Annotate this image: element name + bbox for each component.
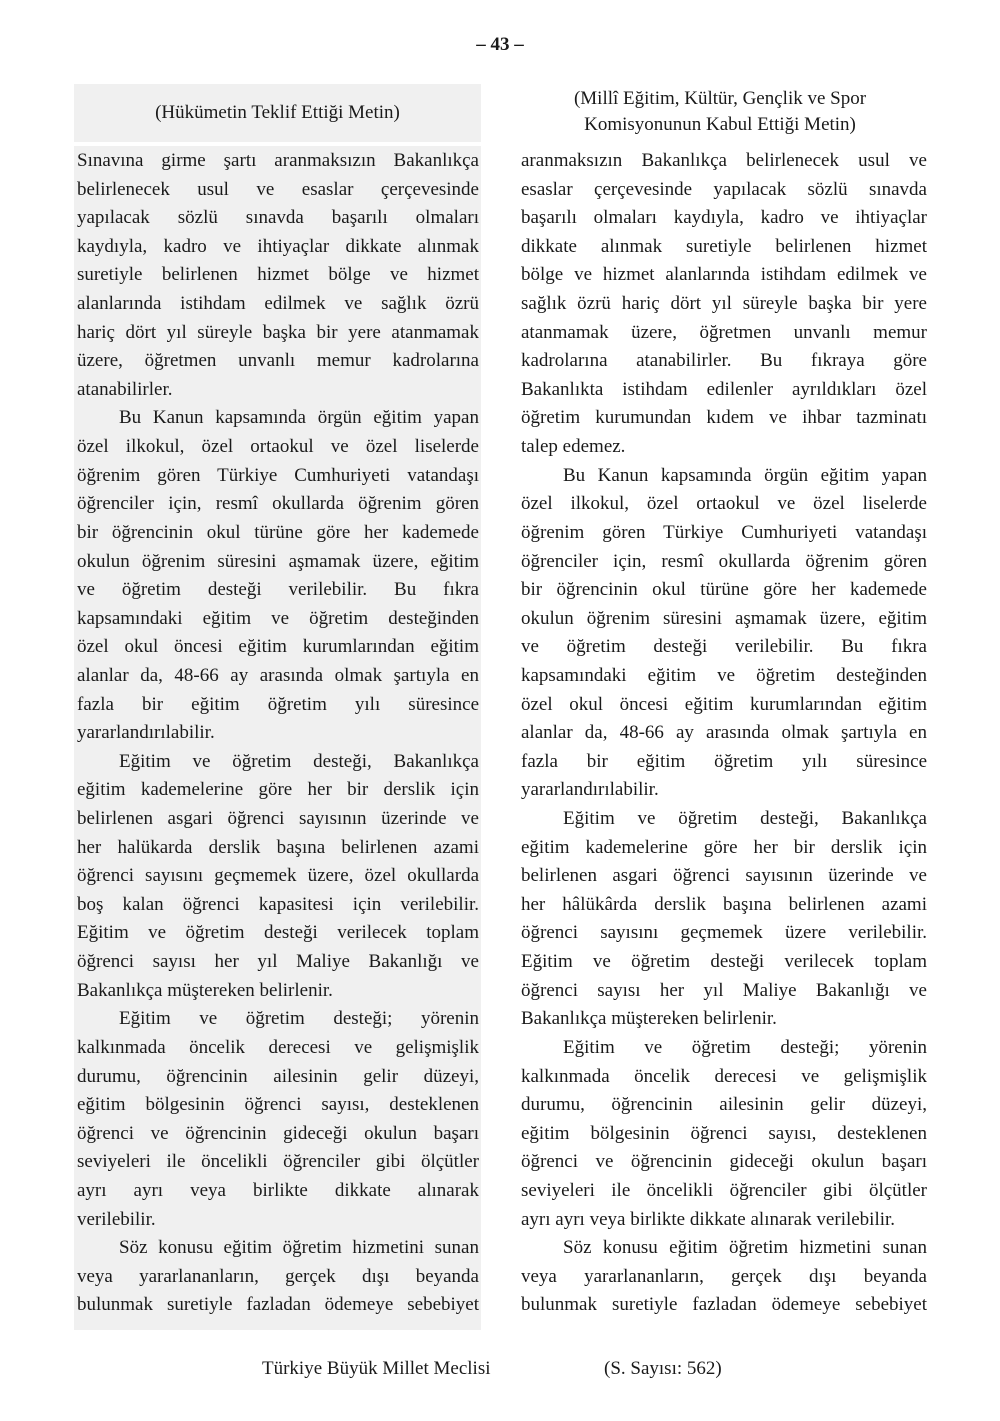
- text-line: öğrenciler için, resmî okullarda öğrenim…: [77, 490, 479, 519]
- text-line: veya yararlananların, gerçek dışı beyand…: [521, 1263, 927, 1292]
- text-line: belirlenecek usul ve esaslar çerçevesind…: [77, 176, 479, 205]
- text-line: özel okul öncesi eğitim kurumlarından eğ…: [521, 691, 927, 720]
- text-line: aranmaksızın Bakanlıkça belirlenecek usu…: [521, 147, 927, 176]
- footer-issue-number: (S. Sayısı: 562): [604, 1358, 722, 1380]
- text-line: esaslar çerçevesinde yapılacak sözlü sın…: [521, 176, 927, 205]
- paragraph: Bu Kanun kapsamında örgün eğitim yapanöz…: [77, 404, 479, 747]
- text-line: öğrenci sayısı her yıl Maliye Bakanlığı …: [521, 977, 927, 1006]
- text-line: öğretim kurumundan kıdem ve ihbar tazmin…: [521, 404, 927, 433]
- text-line: bölge ve hizmet alanlarında istihdam edi…: [521, 261, 927, 290]
- text-line: her halükarda derslik başına belirlenen …: [77, 834, 479, 863]
- text-line: bir öğrencinin okul türüne göre her kade…: [77, 519, 479, 548]
- text-line: eğitim bölgesinin öğrenci sayısı, destek…: [77, 1091, 479, 1120]
- text-line: dikkate alınmak suretiyle belirlenen hiz…: [521, 233, 927, 262]
- paragraph: Eğitim ve öğretim desteği; yöreninkalkın…: [521, 1034, 927, 1234]
- text-line: öğrenciler için, resmî okullarda öğrenim…: [521, 548, 927, 577]
- text-line: veya yararlananların, gerçek dışı beyand…: [77, 1263, 479, 1292]
- right-column-text: aranmaksızın Bakanlıkça belirlenecek usu…: [521, 147, 927, 1320]
- left-column-heading: (Hükümetin Teklif Ettiği Metin): [74, 84, 481, 142]
- text-line: Bakanlıkça müştereken belirlenir.: [521, 1005, 927, 1034]
- text-line: suretiyle belirlenen hizmet bölge ve hiz…: [77, 261, 479, 290]
- paragraph: Eğitim ve öğretim desteği, Bakanlıkçaeği…: [521, 805, 927, 1034]
- text-line: kaydıyla, kadro ve ihtiyaçlar dikkate al…: [77, 233, 479, 262]
- text-line: Eğitim ve öğretim desteği, Bakanlıkça: [77, 748, 479, 777]
- text-line: seviyeleri ile öncelikli öğrenciler gibi…: [77, 1148, 479, 1177]
- text-line: her hâlükârda derslik başına belirlenen …: [521, 891, 927, 920]
- text-line: hariç dört yıl süreyle başka bir yere at…: [77, 319, 479, 348]
- text-line: ayrı ayrı veya birlikte dikkate alınarak: [77, 1177, 479, 1206]
- paragraph: aranmaksızın Bakanlıkça belirlenecek usu…: [521, 147, 927, 462]
- text-line: öğrenci sayısını geçmemek üzere, özel ok…: [77, 862, 479, 891]
- text-line: fazla bir eğitim öğretim yılı süresince: [77, 691, 479, 720]
- paragraph: Söz konusu eğitim öğretim hizmetini suna…: [521, 1234, 927, 1320]
- left-heading-text: (Hükümetin Teklif Ettiği Metin): [155, 102, 400, 124]
- paragraph: Eğitim ve öğretim desteği; yöreninkalkın…: [77, 1005, 479, 1234]
- text-line: özel okul öncesi eğitim kurumlarından eğ…: [77, 633, 479, 662]
- text-line: Söz konusu eğitim öğretim hizmetini suna…: [521, 1234, 927, 1263]
- text-line: özel ilkokul, özel ortaokul ve özel lise…: [77, 433, 479, 462]
- text-line: alanlar da, 48-66 ay arasında olmak şart…: [521, 719, 927, 748]
- text-line: eğitim kademelerine göre her bir derslik…: [521, 834, 927, 863]
- text-line: Bu Kanun kapsamında örgün eğitim yapan: [521, 462, 927, 491]
- left-column-text: Sınavına girme şartı aranmaksızın Bakanl…: [77, 147, 479, 1320]
- text-line: sağlık özrü hariç dört yıl süreyle başka…: [521, 290, 927, 319]
- text-line: durumu, öğrencinin ailesinin gelir düzey…: [521, 1091, 927, 1120]
- text-line: Eğitim ve öğretim desteği, Bakanlıkça: [521, 805, 927, 834]
- text-line: kalkınmada öncelik derecesi ve gelişmişl…: [521, 1063, 927, 1092]
- text-line: üzere, öğretmen unvanlı memur kadroların…: [77, 347, 479, 376]
- text-line: durumu, öğrencinin ailesinin gelir düzey…: [77, 1063, 479, 1092]
- right-heading-line-1: (Millî Eğitim, Kültür, Gençlik ve Spor: [515, 86, 925, 112]
- text-line: alanlar da, 48-66 ay arasında olmak şart…: [77, 662, 479, 691]
- text-line: kadrolarına atanabilirler. Bu fıkraya gö…: [521, 347, 927, 376]
- text-line: Bakanlıkta istihdam edilenler ayrıldıkla…: [521, 376, 927, 405]
- text-line: Eğitim ve öğretim desteği verilecek topl…: [77, 919, 479, 948]
- right-column-heading: (Millî Eğitim, Kültür, Gençlik ve Spor K…: [515, 86, 925, 142]
- text-line: bulunmak suretiyle fazladan ödemeye sebe…: [521, 1291, 927, 1320]
- footer-institution: Türkiye Büyük Millet Meclisi: [262, 1358, 491, 1380]
- text-line: özel ilkokul, özel ortaokul ve özel lise…: [521, 490, 927, 519]
- text-line: öğrenci ve öğrencinin gideceği okulun ba…: [77, 1120, 479, 1149]
- text-line: ve öğretim desteği verilebilir. Bu fıkra: [521, 633, 927, 662]
- text-line: öğrenci sayısı her yıl Maliye Bakanlığı …: [77, 948, 479, 977]
- text-line: seviyeleri ile öncelikli öğrenciler gibi…: [521, 1177, 927, 1206]
- text-line: atanmamak üzere, öğretmen unvanlı memur: [521, 319, 927, 348]
- text-line: talep edemez.: [521, 433, 927, 462]
- text-line: kalkınmada öncelik derecesi ve gelişmişl…: [77, 1034, 479, 1063]
- paragraph: Bu Kanun kapsamında örgün eğitim yapanöz…: [521, 462, 927, 805]
- text-line: Söz konusu eğitim öğretim hizmetini suna…: [77, 1234, 479, 1263]
- text-line: bir öğrencinin okul türüne göre her kade…: [521, 576, 927, 605]
- text-line: Bakanlıkça müştereken belirlenir.: [77, 977, 479, 1006]
- text-line: bulunmak suretiyle fazladan ödemeye sebe…: [77, 1291, 479, 1320]
- text-line: eğitim kademelerine göre her bir derslik…: [77, 776, 479, 805]
- text-line: boş kalan öğrenci kapasitesi için verile…: [77, 891, 479, 920]
- text-line: Eğitim ve öğretim desteği verilecek topl…: [521, 948, 927, 977]
- text-line: yararlandırılabilir.: [521, 776, 927, 805]
- text-line: yapılacak sözlü sınavda başarılı olmalar…: [77, 204, 479, 233]
- right-heading-line-2: Komisyonunun Kabul Ettiği Metin): [515, 112, 925, 138]
- text-line: okulun öğrenim süresini aşmamak üzere, e…: [521, 605, 927, 634]
- text-line: fazla bir eğitim öğretim yılı süresince: [521, 748, 927, 777]
- text-line: belirlenen asgari öğrenci sayısının üzer…: [521, 862, 927, 891]
- text-line: Bu Kanun kapsamında örgün eğitim yapan: [77, 404, 479, 433]
- text-line: Eğitim ve öğretim desteği; yörenin: [77, 1005, 479, 1034]
- text-line: alanlarında istihdam edilmek ve sağlık ö…: [77, 290, 479, 319]
- text-line: Sınavına girme şartı aranmaksızın Bakanl…: [77, 147, 479, 176]
- text-line: öğrenim gören Türkiye Cumhuriyeti vatand…: [521, 519, 927, 548]
- text-line: belirlenen asgari öğrenci sayısının üzer…: [77, 805, 479, 834]
- paragraph: Sınavına girme şartı aranmaksızın Bakanl…: [77, 147, 479, 404]
- paragraph: Eğitim ve öğretim desteği, Bakanlıkçaeği…: [77, 748, 479, 1005]
- text-line: Eğitim ve öğretim desteği; yörenin: [521, 1034, 927, 1063]
- text-line: ayrı ayrı veya birlikte dikkate alınarak…: [521, 1206, 927, 1235]
- paragraph: Söz konusu eğitim öğretim hizmetini suna…: [77, 1234, 479, 1320]
- page-number: – 43 –: [0, 34, 1000, 56]
- text-line: başarılı olmaları kaydıyla, kadro ve iht…: [521, 204, 927, 233]
- text-line: kapsamındaki eğitim ve öğretim desteğind…: [521, 662, 927, 691]
- text-line: öğrenci ve öğrencinin gideceği okulun ba…: [521, 1148, 927, 1177]
- text-line: verilebilir.: [77, 1206, 479, 1235]
- text-line: kapsamındaki eğitim ve öğretim desteğind…: [77, 605, 479, 634]
- text-line: yararlandırılabilir.: [77, 719, 479, 748]
- text-line: eğitim bölgesinin öğrenci sayısı, destek…: [521, 1120, 927, 1149]
- text-line: ve öğretim desteği verilebilir. Bu fıkra: [77, 576, 479, 605]
- text-line: atanabilirler.: [77, 376, 479, 405]
- text-line: öğrenci sayısını geçmemek üzere verilebi…: [521, 919, 927, 948]
- text-line: öğrenim gören Türkiye Cumhuriyeti vatand…: [77, 462, 479, 491]
- text-line: okulun öğrenim süresini aşmamak üzere, e…: [77, 548, 479, 577]
